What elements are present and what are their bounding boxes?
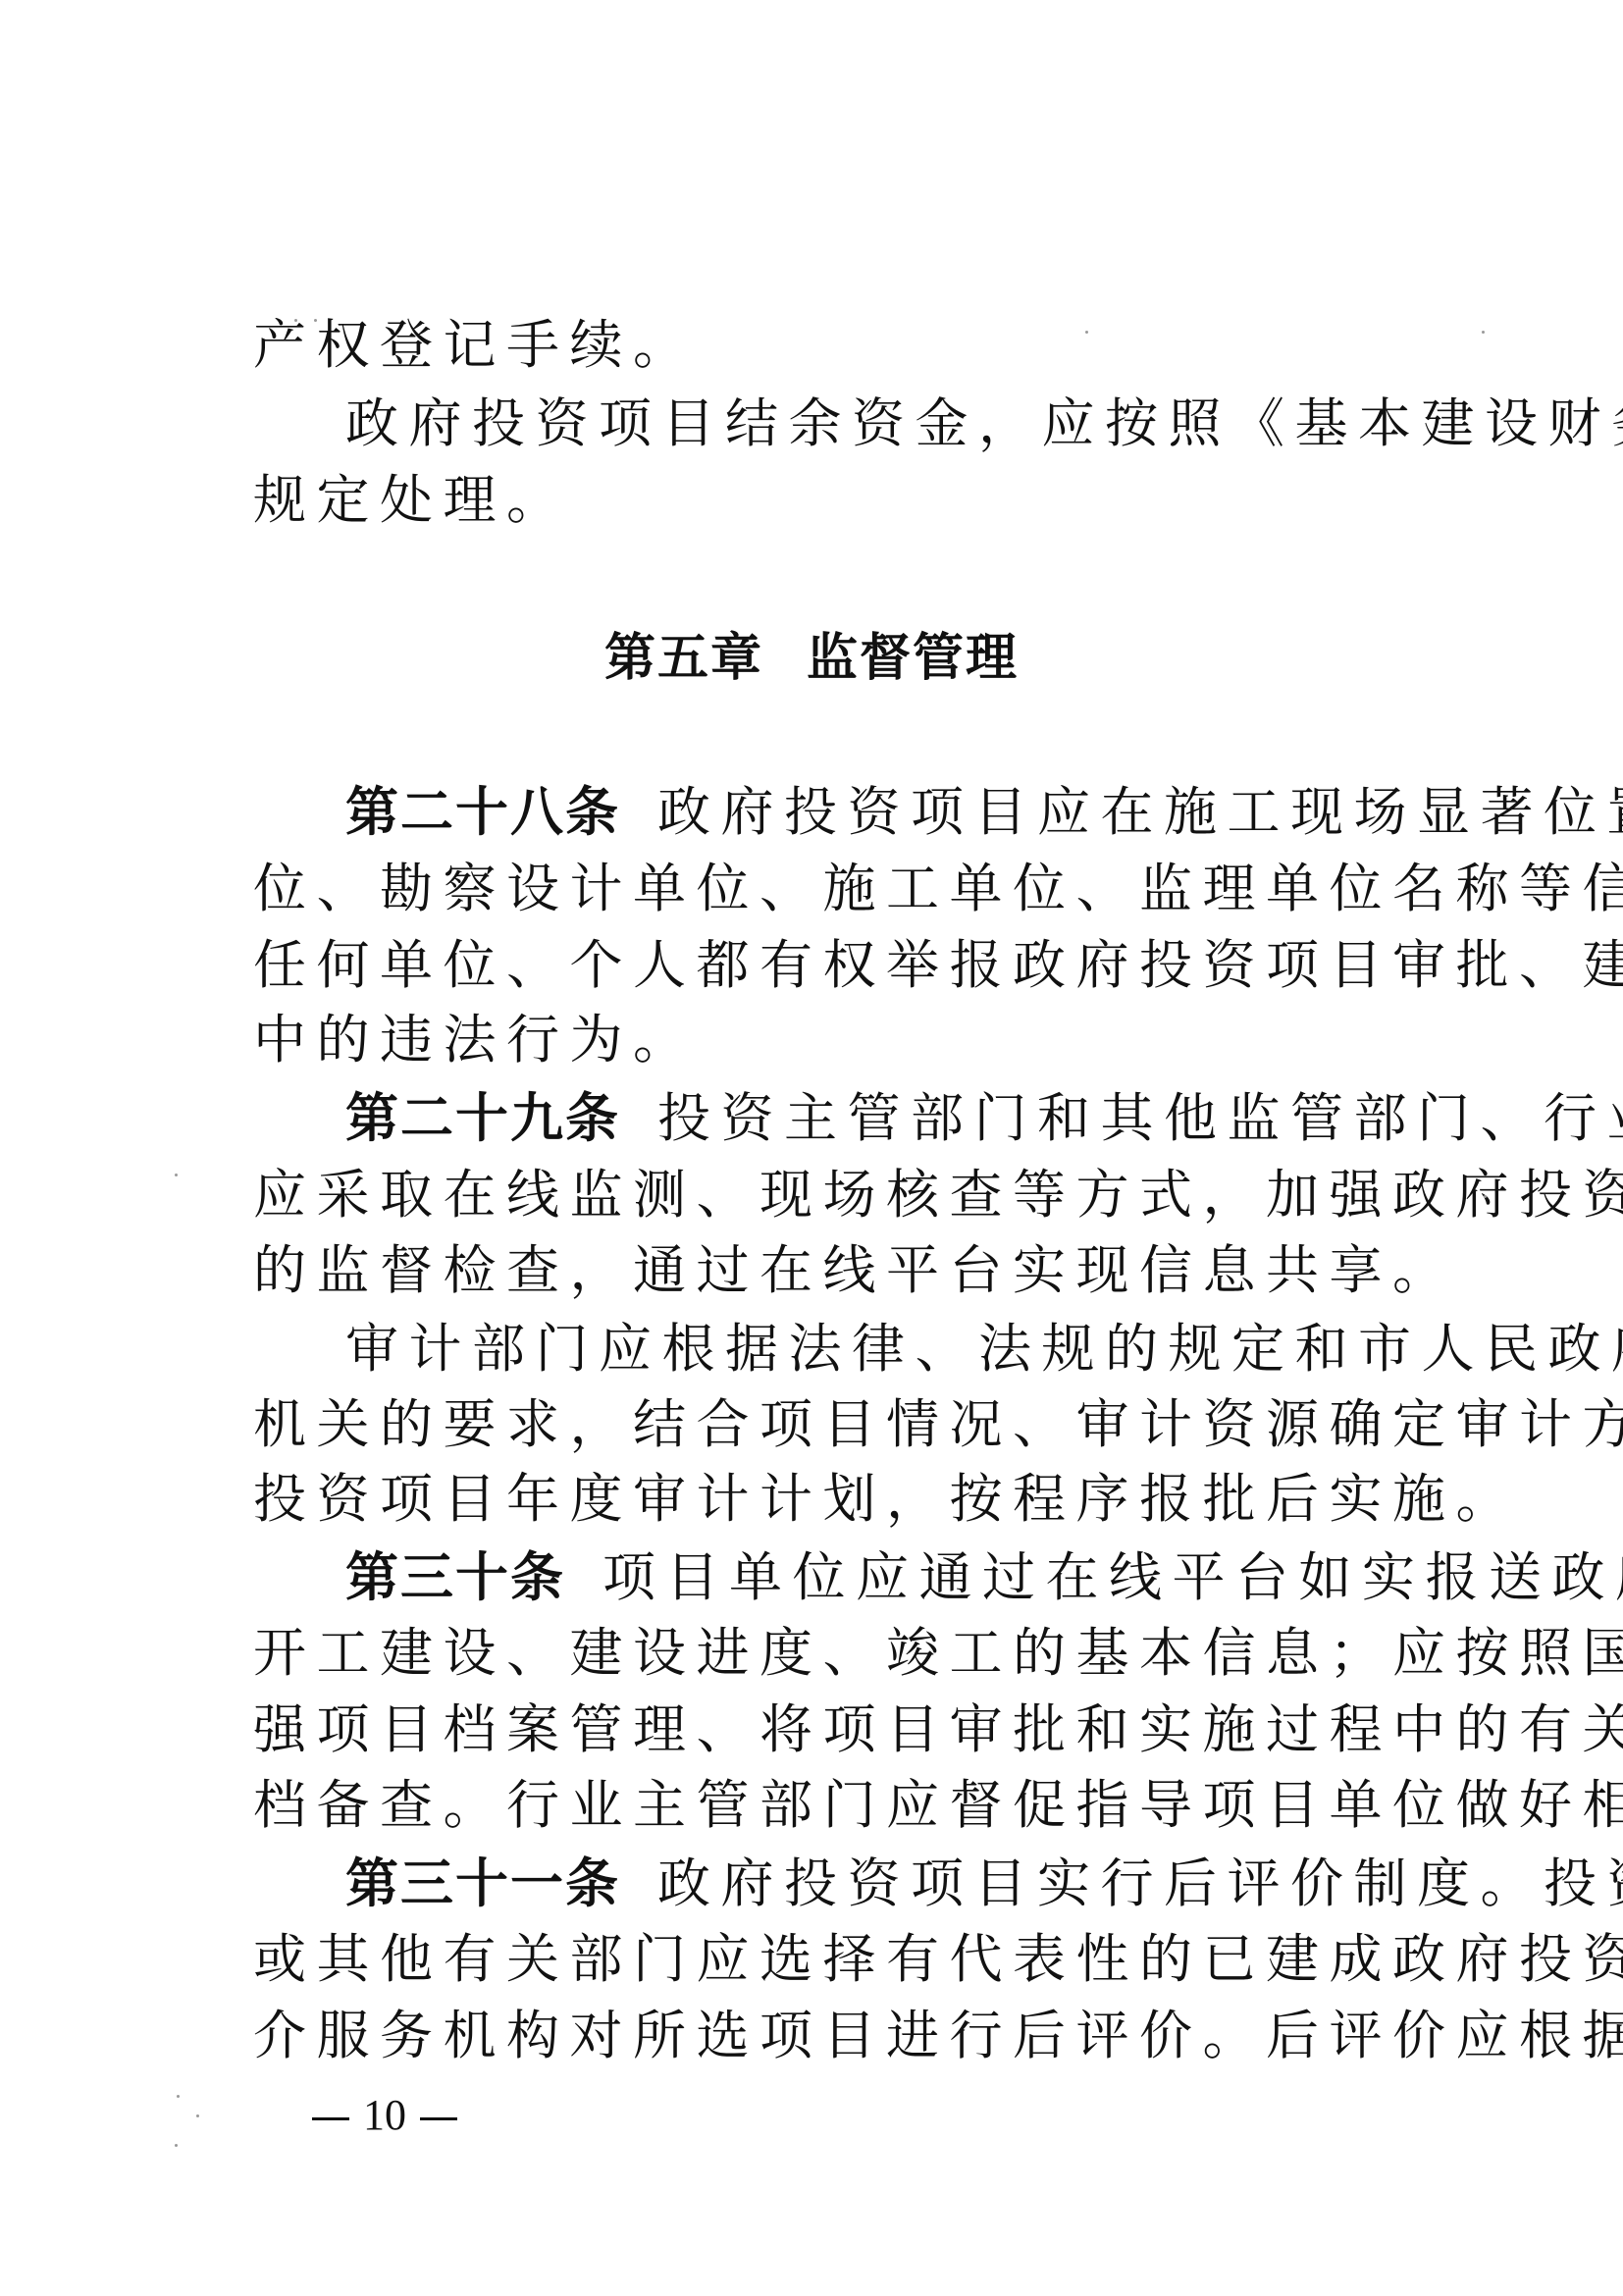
body-line: 档备查。行业主管部门应督促指导项目单位做好相关工作。 [253, 1771, 1466, 1840]
article-30-first-line: 第三十条项目单位应通过在线平台如实报送政府投资项目 [345, 1543, 1466, 1612]
article-number: 第三十条 [345, 1546, 565, 1608]
body-line: 或其他有关部门应选择有代表性的已建成政府投资项目，委托中 [253, 1925, 1466, 1994]
body-line: 审计部门应根据法律、法规的规定和市人民政府、上级审计 [345, 1315, 1466, 1383]
body-line: 强项目档案管理、将项目审批和实施过程中的有关文件、资料存 [253, 1696, 1466, 1764]
article-text: 政府投资项目实行后评价制度。投资主管部门 [657, 1852, 1623, 1914]
body-line: 规定处理。 [253, 466, 1466, 535]
scan-speck [314, 319, 317, 322]
scan-speck [1085, 331, 1088, 334]
dash-right [420, 2117, 457, 2120]
article-number: 第三十一条 [345, 1852, 620, 1914]
article-number: 第二十九条 [345, 1087, 620, 1149]
document-page: 产权登记手续。 政府投资项目结余资金，应按照《基本建设财务规则》相关 规定处理。… [0, 0, 1623, 2296]
article-number: 第二十八条 [345, 781, 620, 843]
body-line: 中的违法行为。 [253, 1006, 1466, 1074]
dash-left [312, 2117, 349, 2120]
article-29-first-line: 第二十九条投资主管部门和其他监管部门、行业主管部门 [345, 1084, 1466, 1153]
body-line: 产权登记手续。 [253, 311, 1466, 380]
article-31-first-line: 第三十一条政府投资项目实行后评价制度。投资主管部门 [345, 1850, 1466, 1918]
article-text: 投资主管部门和其他监管部门、行业主管部门 [657, 1087, 1623, 1149]
body-line: 政府投资项目结余资金，应按照《基本建设财务规则》相关 [345, 390, 1466, 458]
body-line: 的监督检查，通过在线平台实现信息共享。 [253, 1236, 1466, 1305]
scan-speck [175, 1174, 178, 1176]
chapter-title: 监督管理 [807, 629, 1019, 688]
scan-speck [175, 2144, 178, 2147]
body-line: 应采取在线监测、现场核查等方式，加强政府投资项目实施情况 [253, 1161, 1466, 1229]
article-text: 政府投资项目应在施工现场显著位置对项目单 [657, 781, 1623, 843]
body-line: 位、勘察设计单位、施工单位、监理单位名称等信息进行公示。 [253, 855, 1466, 923]
scan-speck [1482, 331, 1485, 334]
body-line: 开工建设、建设进度、竣工的基本信息；应按照国家有关规定加 [253, 1619, 1466, 1688]
article-28-first-line: 第二十八条政府投资项目应在施工现场显著位置对项目单 [345, 778, 1466, 847]
body-line: 介服务机构对所选项目进行后评价。后评价应根据项目建成后的 [253, 2002, 1466, 2070]
page-number-footer: 10 [298, 2088, 471, 2143]
chapter-number: 第五章 [604, 629, 763, 688]
page-number: 10 [363, 2091, 406, 2139]
body-line: 投资项目年度审计计划，按程序报批后实施。 [253, 1465, 1466, 1534]
scan-speck [294, 319, 297, 322]
body-line: 机关的要求，结合项目情况、审计资源确定审计方式，拟定政府 [253, 1390, 1466, 1459]
scan-speck [196, 2114, 199, 2117]
scan-speck [1484, 1195, 1487, 1198]
scan-speck [177, 2095, 180, 2098]
chapter-heading: 第五章监督管理 [0, 624, 1623, 693]
article-text: 项目单位应通过在线平台如实报送政府投资项目 [602, 1546, 1623, 1608]
body-line: 任何单位、个人都有权举报政府投资项目审批、建设和运营管理 [253, 931, 1466, 1000]
